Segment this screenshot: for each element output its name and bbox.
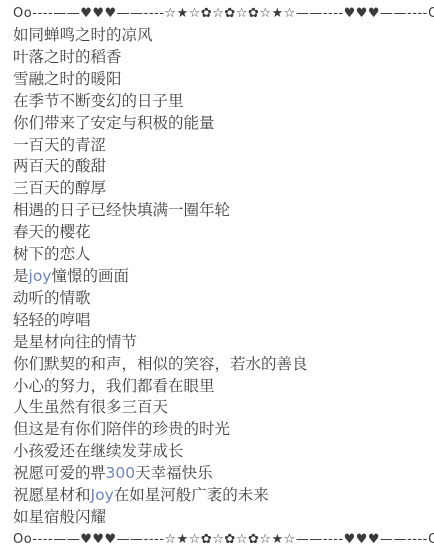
poem-line: 叶落之时的稻香 xyxy=(13,47,426,69)
poem-text: 但这是有你们陪伴的珍贵的时光 xyxy=(13,420,230,438)
poem-text: 如星宿般闪耀 xyxy=(13,508,106,526)
poem-line: 三百天的醇厚 xyxy=(13,178,426,200)
poem-text: 如同蝉鸣之时的凉风 xyxy=(13,26,153,44)
poem-text: 憧憬的画面 xyxy=(51,267,129,285)
poem-text: 你们默契的和声，相似的笑容，若水的善良 xyxy=(13,355,308,373)
poem-line: 如星宿般闪耀 xyxy=(13,507,426,529)
poem-text: 两百天的酸甜 xyxy=(13,157,106,175)
poem-text: 春天的樱花 xyxy=(13,223,91,241)
poem-text: 小心的努力，我们都看在眼里 xyxy=(13,377,215,395)
poem-line: 轻轻的哼唱 xyxy=(13,310,426,332)
poem-text: 祝愿星材和 xyxy=(13,486,91,504)
poem-text: 在季节不断变幻的日子里 xyxy=(13,92,184,110)
poem-line: 是星材向往的情节 xyxy=(13,332,426,354)
poem-text: 树下的恋人 xyxy=(13,245,91,263)
poem-text: 人生虽然有很多三百天 xyxy=(13,398,168,416)
poem-text: 轻轻的哼唱 xyxy=(13,311,91,329)
poem-line: 春天的樱花 xyxy=(13,222,426,244)
accent-text: Joy xyxy=(91,486,114,504)
poem-text: 动听的情歌 xyxy=(13,289,91,307)
poem-text: 你们带来了安定与积极的能量 xyxy=(13,114,215,132)
poem-text: 是 xyxy=(13,267,29,285)
poem-text: 小孩爱还在继续发芽成长 xyxy=(13,442,184,460)
poem-line: 相遇的日子已经快填满一圈年轮 xyxy=(13,200,426,222)
poem-text: 是星材向往的情节 xyxy=(13,333,137,351)
poem-line: 如同蝉鸣之时的凉风 xyxy=(13,25,426,47)
poem-text: 一百天的青涩 xyxy=(13,136,106,154)
poem-line: 小心的努力，我们都看在眼里 xyxy=(13,376,426,398)
document-page: Oo----——♥♥♥——----☆★☆✿☆✿☆✿☆★☆——----♥♥♥——-… xyxy=(0,0,434,551)
poem-text: 在如星河般广袤的未来 xyxy=(114,486,269,504)
poem-text: 天幸福快乐 xyxy=(135,464,213,482)
accent-text: 300 xyxy=(105,464,135,482)
poem-line: 雪融之时的暖阳 xyxy=(13,69,426,91)
poem-line: 在季节不断变幻的日子里 xyxy=(13,91,426,113)
poem-body: 如同蝉鸣之时的凉风叶落之时的稻香雪融之时的暖阳在季节不断变幻的日子里你们带来了安… xyxy=(13,25,426,529)
poem-text: 三百天的醇厚 xyxy=(13,179,106,197)
poem-text: 祝愿可爱的쀼 xyxy=(13,464,105,482)
poem-line: 树下的恋人 xyxy=(13,244,426,266)
poem-line: 动听的情歌 xyxy=(13,288,426,310)
poem-line: 但这是有你们陪伴的珍贵的时光 xyxy=(13,419,426,441)
poem-line: 祝愿可爱的쀼300天幸福快乐 xyxy=(13,463,426,485)
poem-text: 叶落之时的稻香 xyxy=(13,48,122,66)
poem-line: 你们默契的和声，相似的笑容，若水的善良 xyxy=(13,354,426,376)
poem-line: 人生虽然有很多三百天 xyxy=(13,397,426,419)
poem-text: 雪融之时的暖阳 xyxy=(13,70,122,88)
accent-text: joy xyxy=(29,267,52,285)
poem-line: 两百天的酸甜 xyxy=(13,156,426,178)
decoration-top: Oo----——♥♥♥——----☆★☆✿☆✿☆✿☆★☆——----♥♥♥——-… xyxy=(13,3,426,25)
poem-line: 你们带来了安定与积极的能量 xyxy=(13,113,426,135)
poem-text: 相遇的日子已经快填满一圈年轮 xyxy=(13,201,230,219)
poem-line: 小孩爱还在继续发芽成长 xyxy=(13,441,426,463)
poem-line: 是joy憧憬的画面 xyxy=(13,266,426,288)
poem-line: 一百天的青涩 xyxy=(13,135,426,157)
decoration-bottom: Oo----——♥♥♥——----☆★☆✿☆✿☆✿☆★☆——----♥♥♥——-… xyxy=(13,529,426,551)
poem-line: 祝愿星材和Joy在如星河般广袤的未来 xyxy=(13,485,426,507)
